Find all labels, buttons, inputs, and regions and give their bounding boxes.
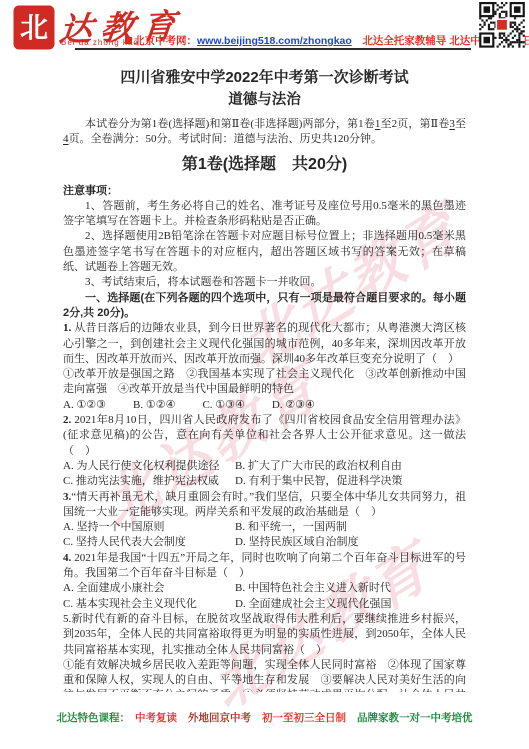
option-label: A. ①②③: [63, 398, 106, 413]
site-link[interactable]: www.beijing518.com/zhongkao: [197, 35, 352, 47]
question-block: 5.新时代有新的奋斗目标，在脱贫攻坚战取得伟大胜利后，要继续推进乡村振兴，到20…: [63, 612, 466, 692]
option-label: D. 坚持民族区域自治制度: [235, 535, 466, 550]
option-label: A. 为人民行使文化权利提供途径: [63, 459, 235, 474]
document-content: 四川省雅安中学2022年中考第一次诊断考试 道德与法治 本试卷分为第1卷(选择题…: [63, 60, 466, 692]
question-block: 4. 2021年是我国“十四五”开局之年，同时也吹响了向第二个百年奋斗目标进军的…: [63, 551, 466, 612]
question-stem: 新时代有新的奋斗目标，在脱贫攻坚战取得伟大胜利后，要继续推进乡村振兴，到2035…: [63, 613, 466, 656]
option-label: D. ②③④: [272, 398, 315, 413]
question-block: 3.“情天再补虽无术，缺月重圆会有时。”我们坚信，只要全体中华儿女共同努力，祖国…: [63, 490, 466, 551]
option-label: C. ①③④: [202, 398, 244, 413]
option-label: B. 中国特色社会主义进入新时代: [235, 581, 466, 596]
option-label: A. 坚持一个中国原则: [63, 520, 235, 535]
beida-logo-seal-icon: 北: [15, 7, 53, 48]
footer-tagline: 北达特色课程：中考复读外地回京中考初一至初三全日制品牌家教一对一中考培优: [0, 710, 529, 725]
option-label: B. ①②④: [133, 398, 175, 413]
doc-subtitle: 道德与法治: [63, 91, 466, 110]
question-number: 1.: [63, 322, 71, 334]
notice-item: 3、考试结束后，将本试题卷和答题卡一并收回。: [63, 275, 466, 290]
notice-heading: 注意事项：: [63, 184, 466, 199]
question-points: ①改革开放是强国之路 ②我国基本实现了社会主义现代化 ③改革创新推动中国走向富强…: [63, 367, 466, 398]
option-label: A. 全面建成小康社会: [63, 581, 235, 596]
question-stem: 2021年8月10日，四川省人民政府发布了《四川省校园食品安全信用管理办法》(征…: [63, 414, 466, 457]
option-label: B. 扩大了广大市民的政治权利自由: [235, 459, 466, 474]
option-label: C. 推动宪法实施，维护宪法权威: [63, 474, 235, 489]
header-divider: [75, 48, 471, 50]
section-heading: 第1卷(选择题 共20分): [63, 154, 466, 176]
question-block: 2. 2021年8月10日，四川省人民政府发布了《四川省校园食品安全信用管理办法…: [63, 413, 466, 489]
choice-instruction: 一、选择题(在下列各题的四个选项中，只有一项是最符合题目要求的。每小题2分,共 …: [63, 291, 466, 322]
footer-segment: 品牌家教一对一中考培优: [357, 712, 473, 724]
footer-segment: 外地回京中考: [188, 712, 251, 724]
exam-page: 北 达教育 Bei da zhong kao 北京中考网：www.beijing…: [0, 0, 529, 749]
question-number: 4.: [63, 552, 71, 564]
footer-segment: 中考复读: [135, 712, 177, 724]
question-points: ①能有效解决城乡居民收入差距等问题，实现全体人民同时富裕 ②体现了国家尊重和保障…: [63, 658, 466, 692]
option-label: C. 坚持人民代表大会制度: [63, 535, 235, 550]
intro-text: 至: [455, 118, 466, 130]
question-number: 2.: [63, 414, 71, 426]
qr-code: [479, 2, 525, 52]
header-banner: 北 达教育 Bei da zhong kao 北京中考网：www.beijing…: [0, 0, 529, 58]
option-label: C. 基本实现社会主义现代化: [63, 597, 235, 612]
page-title: 四川省雅安中学2022年中考第一次诊断考试: [63, 68, 466, 88]
intro-text: 本试卷分为第1卷(选择题)和第Ⅱ卷(非选择题)两部分，第1卷: [85, 118, 375, 130]
option-label: D. 有利于集中民智，促进科学决策: [235, 474, 466, 489]
notice-item: 2、选择题使用2B铅笔涂在答题卡对应题目标号位置上；非选择题用0.5毫米黑色墨迹…: [63, 229, 466, 275]
notice-item: 1、答题前，考生务必将自己的姓名、准考证号及座位号用0.5毫米的黑色墨迹签字笔填…: [63, 199, 466, 230]
footer-segment: 北达特色课程：: [57, 712, 131, 724]
intro-paragraph: 本试卷分为第1卷(选择题)和第Ⅱ卷(非选择题)两部分，第1卷1至2页，第Ⅱ卷3至…: [63, 117, 466, 148]
intro-text: 页。全卷满分：50分。考试时间：道德与法治、历史共120分钟。: [69, 133, 383, 145]
site-label: 北京中考网：: [134, 35, 197, 47]
question-stem: 从昔日落后的边陲农业县，到今日世界著名的现代化大都市；从粤港澳大湾区核心引擎之一…: [63, 322, 466, 365]
option-label: B. 和平统一，一国两制: [235, 520, 466, 535]
red-bullet-icon: [125, 37, 132, 44]
header-contact-line: 北京中考网：www.beijing518.com/zhongkao 北达全托家教…: [125, 33, 473, 48]
question-stem: “情天再补虽无术，缺月重圆会有时。”我们坚信，只要全体中华儿女共同努力，祖国统一…: [63, 491, 466, 518]
footer-segment: 初一至初三全日制: [262, 712, 346, 724]
question-block: 1. 从昔日落后的边陲农业县，到今日世界著名的现代化大都市；从粤港澳大湾区核心引…: [63, 321, 466, 413]
question-number: 3.: [63, 491, 71, 503]
question-number: 5.: [63, 613, 71, 625]
intro-text: 至2页，第Ⅱ卷: [380, 118, 449, 130]
option-label: D. 全面建成社会主义现代化强国: [235, 597, 466, 612]
question-stem: 2021年是我国“十四五”开局之年，同时也吹响了向第二个百年奋斗目标进军的号角。…: [63, 552, 466, 579]
